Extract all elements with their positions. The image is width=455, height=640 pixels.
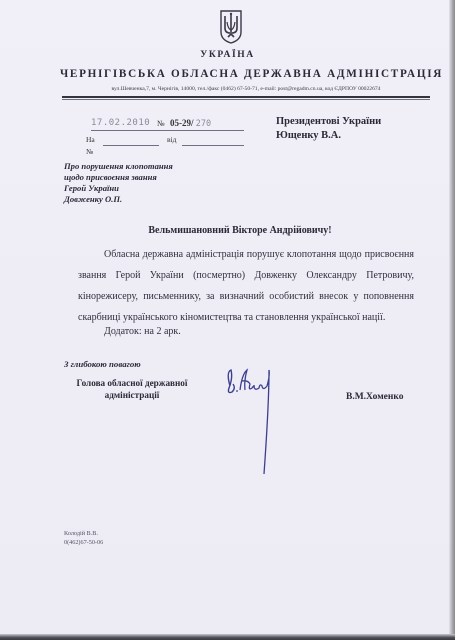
registration-number: 05-29/ 270 xyxy=(170,118,244,131)
addressee-title: Президентові України xyxy=(276,115,381,129)
ref-date-label: від xyxy=(167,134,176,146)
subject-line: Довженку О.П. xyxy=(64,194,173,205)
number-handwritten: 270 xyxy=(196,119,211,129)
executor-info: Колодій В.В. 0(462)67-50-06 xyxy=(64,529,103,547)
subject-line: Герой України xyxy=(64,183,173,194)
signatory-name: В.М.Хоменко xyxy=(346,392,403,402)
salutation: Вельмишановний Вікторе Андрійовичу! xyxy=(60,225,420,236)
position-line: Голова обласної державної xyxy=(64,377,200,389)
ref-number-blank xyxy=(103,134,159,146)
subject-line: Про порушення клопотання xyxy=(64,161,173,172)
handwritten-signature-icon xyxy=(224,364,274,484)
ukraine-trident-emblem-icon xyxy=(219,10,243,44)
letterhead-divider xyxy=(62,96,430,98)
addressee-name: Ющенку В.А. xyxy=(276,129,381,143)
position-line: адміністрації xyxy=(64,389,200,401)
organization-contacts: вул.Шевченка,7, м. Чернігів, 14000, тел.… xyxy=(60,86,432,92)
scan-edge-right xyxy=(449,0,455,640)
organization-name: ЧЕРНІГІВСЬКА ОБЛАСНА ДЕРЖАВНА АДМІНІСТРА… xyxy=(60,68,420,80)
scan-edge-bottom xyxy=(0,634,455,640)
attachment-note: Додаток: на 2 арк. xyxy=(104,326,181,337)
ref-number-label: На № xyxy=(86,134,95,158)
number-prefix: 05-29/ xyxy=(170,118,194,128)
subject-line: щодо присвоєння звання xyxy=(64,172,173,183)
executor-name: Колодій В.В. xyxy=(64,529,103,538)
closing-phrase: З глибокою повагою xyxy=(64,359,141,369)
addressee: Президентові України Ющенку В.А. xyxy=(276,115,381,143)
number-label: № xyxy=(157,118,165,130)
country-name: УКРАЇНА xyxy=(0,50,455,60)
letter-page: УКРАЇНА ЧЕРНІГІВСЬКА ОБЛАСНА ДЕРЖАВНА АД… xyxy=(0,0,455,640)
letterhead-divider-thin xyxy=(62,99,430,100)
ref-date-blank xyxy=(182,134,244,146)
signatory-position: Голова обласної державної адміністрації xyxy=(64,377,200,401)
letter-body: Обласна державна адміністрація порушує к… xyxy=(78,244,414,328)
executor-phone: 0(462)67-50-06 xyxy=(64,538,103,547)
subject: Про порушення клопотання щодо присвоєння… xyxy=(64,161,173,205)
